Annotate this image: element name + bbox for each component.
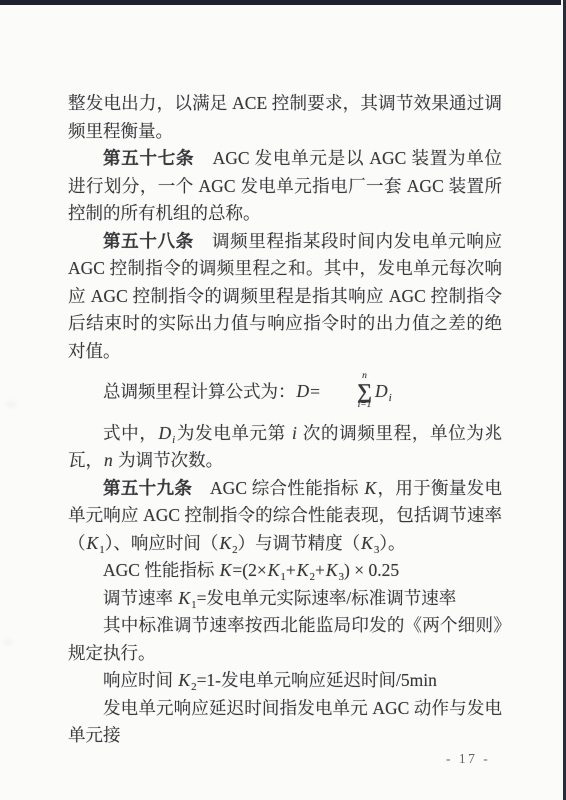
text-segment: K	[296, 560, 310, 580]
text-segment: n	[103, 450, 114, 470]
paragraph: 整发电出力，以满足 ACE 控制要求，其调节效果通过调频里程衡量。	[68, 90, 502, 145]
text-segment: 第五十八条	[103, 231, 194, 251]
text-segment: D	[374, 381, 389, 401]
text-segment: +	[286, 560, 296, 580]
paragraph: 第五十八条 调频里程指某段时间内发电单元响应 AGC 控制指令的调频里程之和。其…	[68, 228, 502, 366]
text-segment: K	[177, 670, 191, 690]
summation-symbol: n∑i=1	[322, 372, 372, 411]
text-segment: 第五十九条	[103, 478, 192, 498]
paragraph: 调节速率 K1=发电单元实际速率/标准调节速率	[68, 585, 502, 613]
text-segment: 调节速率	[103, 588, 177, 608]
text-segment: i	[389, 392, 393, 404]
scan-artifact	[6, 402, 16, 407]
text-segment: =发电单元实际速率/标准调节速率	[197, 588, 457, 608]
text-segment: +	[315, 560, 325, 580]
text-segment: =(2×	[232, 560, 266, 580]
text-segment: K	[360, 533, 374, 553]
text-segment: 为调节次数。	[114, 450, 223, 470]
page-number: - 17 -	[446, 751, 490, 767]
text-segment: 整发电出力，以满足 ACE 控制要求，其调节效果通过调频里程衡量。	[68, 93, 502, 141]
paragraph: 响应时间 K2=1-发电单元响应延迟时间/5min	[68, 667, 502, 695]
document-body: 整发电出力，以满足 ACE 控制要求，其调节效果通过调频里程衡量。第五十七条 A…	[68, 90, 502, 750]
text-segment: ）。	[379, 533, 405, 553]
text-segment: =	[310, 381, 320, 401]
text-segment: 第五十七条	[103, 148, 194, 168]
text-segment: K	[325, 560, 339, 580]
text-segment: =1-发电单元响应延迟时间/5min	[197, 670, 437, 690]
text-segment: 其中标准调节速率按西北能监局印发的《两个细则》规定执行。	[68, 615, 502, 663]
text-segment: 总调频里程计算公式为：	[103, 381, 296, 401]
text-segment: D	[296, 381, 311, 401]
text-segment: ) × 0.25	[344, 560, 399, 580]
paragraph: 发电单元响应延迟时间指发电单元 AGC 动作与发电单元接	[68, 695, 502, 750]
text-segment: K	[363, 478, 377, 498]
text-segment: K	[218, 533, 232, 553]
text-segment: K	[177, 588, 191, 608]
text-segment: ）与调节精度（	[238, 533, 361, 553]
text-segment: K	[86, 533, 100, 553]
paragraph: 第五十九条 AGC 综合性能指标 K，用于衡量发电单元响应 AGC 控制指令的综…	[68, 475, 502, 558]
text-segment: i	[291, 423, 298, 443]
scan-top-edge-band	[0, 0, 561, 5]
scan-artifact	[4, 640, 13, 645]
text-segment: ）、响应时间（	[105, 533, 219, 553]
text-segment: 响应时间	[103, 670, 177, 690]
paragraph: 式中，Di为发电单元第 i 次的调频里程，单位为兆瓦，n 为调节次数。	[68, 420, 502, 475]
paragraph: AGC 性能指标 K=(2×K1+K2+K3) × 0.25	[68, 557, 502, 585]
text-segment: 式中，	[103, 423, 158, 443]
text-segment: 为发电单元第	[176, 423, 291, 443]
paragraph: 其中标准调节速率按西北能监局印发的《两个细则》规定执行。	[68, 612, 502, 667]
text-segment: D	[158, 423, 173, 443]
text-segment: AGC 综合性能指标	[192, 478, 363, 498]
text-segment: K	[267, 560, 281, 580]
text-segment: K	[219, 560, 233, 580]
paragraph: 总调频里程计算公式为：D=n∑i=1Di	[68, 372, 502, 415]
text-segment: 发电单元响应延迟时间指发电单元 AGC 动作与发电单元接	[68, 698, 502, 746]
text-segment: AGC 性能指标	[103, 560, 219, 580]
paragraph: 第五十七条 AGC 发电单元是以 AGC 装置为单位进行划分，一个 AGC 发电…	[68, 145, 502, 228]
